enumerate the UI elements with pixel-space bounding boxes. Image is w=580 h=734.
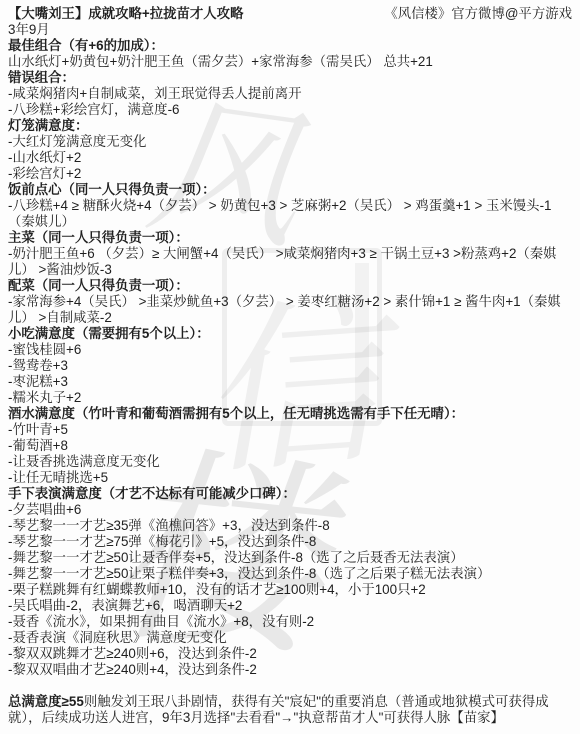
text-line: 错误组合： — [8, 70, 572, 86]
guide-document: 【大嘴刘王】成就攻略+拉拢苗才人攻略 《风信楼》官方微博@平方游戏 3年9月最佳… — [0, 0, 580, 726]
text-line: -聂香《流水》，如果拥有曲目《流水》+8，没有则-2 — [8, 614, 572, 630]
text-line: -蜜饯桂圆+6 — [8, 342, 572, 358]
text-line: -夕芸唱曲+6 — [8, 502, 572, 518]
text-line: -八珍糕+彩绘宫灯，满意度-6 — [8, 102, 572, 118]
text-line — [8, 678, 572, 694]
text-line: 总满意度≥55则触发刘王珉八卦剧情，获得有关"宸妃"的重要消息（普通或地狱模式可… — [8, 694, 572, 726]
text-line: -鸳鸯卷+3 — [8, 358, 572, 374]
text-line: -葡萄酒+8 — [8, 438, 572, 454]
text-line: 小吃满意度（需要拥有5个以上）： — [8, 326, 572, 342]
text-line: 灯笼满意度： — [8, 118, 572, 134]
text-line: -咸菜焖猪肉+自制咸菜，刘王珉觉得丢人提前离开 — [8, 86, 572, 102]
text-line: -枣泥糕+3 — [8, 374, 572, 390]
text-line: -栗子糕跳舞有红蝴蝶教师+10，没有的话才艺≥100则+4，小于100只+2 — [8, 582, 572, 598]
text-line: -聂香表演《洞庭秋思》满意度无变化 — [8, 630, 572, 646]
text-line: -琴艺黎一一才艺≥75弹《梅花引》+5，没达到条件-8 — [8, 534, 572, 550]
text-line: -琴艺黎一一才艺≥35弹《渔樵问答》+3，没达到条件-8 — [8, 518, 572, 534]
text-line: -舞艺黎一一才艺≥50让聂香伴奏+5，没达到条件-8（选了之后聂香无法表演） — [8, 550, 572, 566]
text-line: -黎双双跳舞才艺≥240则+6，没达到条件-2 — [8, 646, 572, 662]
text-line: -八珍糕+4 ≥ 糖酥火烧+4（夕芸） > 奶黄包+3 > 芝麻粥+2（吴氏） … — [8, 198, 572, 230]
page-title: 【大嘴刘王】成就攻略+拉拢苗才人攻略 — [8, 6, 243, 22]
source-credit: 《风信楼》官方微博@平方游戏 — [384, 6, 572, 22]
text-line: 主菜（同一人只得负责一项）： — [8, 230, 572, 246]
text-line: 3年9月 — [8, 22, 572, 38]
text-line: -家常海参+4（吴氏） >韭菜炒鱿鱼+3（夕芸） > 姜枣红糖汤+2 > 素什锦… — [8, 294, 572, 326]
text-line: -黎双双唱曲才艺≥240则+4，没达到条件-2 — [8, 662, 572, 678]
bold-lead: 总满意度≥55 — [8, 694, 84, 709]
text-line: 山水纸灯+奶黄包+奶汁肥王鱼（需夕芸）+家常海参（需吴氏） 总共+21 — [8, 54, 572, 70]
text-line: -让任无晴挑选+5 — [8, 470, 572, 486]
text-line: 饭前点心（同一人只得负责一项）： — [8, 182, 572, 198]
text-line: -奶汁肥王鱼+6 （夕芸）≥ 大闸蟹+4（吴氏） >咸菜焖猪肉+3 ≥ 干锅土豆… — [8, 246, 572, 278]
text-line: -糯米丸子+2 — [8, 390, 572, 406]
text-line: -让聂香挑选满意度无变化 — [8, 454, 572, 470]
text-line: 手下表演满意度（才艺不达标有可能减少口碑）： — [8, 486, 572, 502]
text-line: -舞艺黎一一才艺≥50让栗子糕伴奏+3，没达到条件-8（选了之后栗子糕无法表演） — [8, 566, 572, 582]
text-line: -山水纸灯+2 — [8, 150, 572, 166]
guide-text-body: 3年9月最佳组合（有+6的加成）：山水纸灯+奶黄包+奶汁肥王鱼（需夕芸）+家常海… — [8, 22, 572, 726]
text-line: 酒水满意度（竹叶青和葡萄酒需拥有5个以上，任无晴挑选需有手下任无晴）： — [8, 406, 572, 422]
text-line: -大红灯笼满意度无变化 — [8, 134, 572, 150]
document-header: 【大嘴刘王】成就攻略+拉拢苗才人攻略 《风信楼》官方微博@平方游戏 — [8, 6, 572, 22]
text-line: -吴氏唱曲-2，表演舞艺+6，喝酒聊天+2 — [8, 598, 572, 614]
text-line: 最佳组合（有+6的加成）： — [8, 38, 572, 54]
text-line: -竹叶青+5 — [8, 422, 572, 438]
text-line: 配菜（同一人只得负责一项）： — [8, 278, 572, 294]
text-line: -彩绘宫灯+2 — [8, 166, 572, 182]
